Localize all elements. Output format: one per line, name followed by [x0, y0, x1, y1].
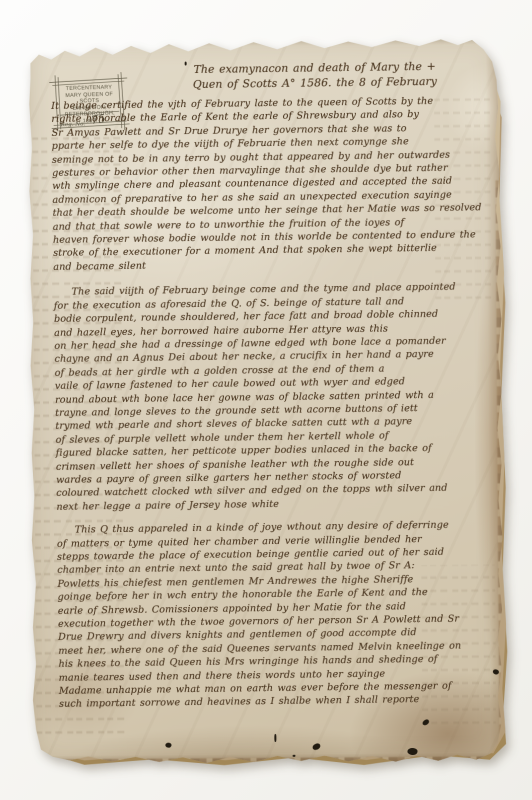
- manuscript-paragraph: The said viijth of February beinge come …: [54, 280, 493, 514]
- manuscript-body: It beinge certified the vjth of February…: [51, 94, 495, 712]
- ink-blot: [422, 719, 430, 727]
- ink-blot: [185, 62, 187, 66]
- manuscript-page: TERCENTENARYMARY QUEEN OF SCOTSEXHIBITIO…: [26, 35, 504, 765]
- manuscript-paragraph: This Q thus appareled in a kinde of joye…: [57, 518, 495, 711]
- sheet-stack: TERCENTENARYMARY QUEEN OF SCOTSEXHIBITIO…: [0, 0, 532, 800]
- torn-bottom-edge: [46, 756, 491, 765]
- ink-blot: [165, 742, 172, 749]
- ink-blot: [407, 747, 418, 756]
- ink-blot: [274, 734, 276, 742]
- manuscript-text: The examynacon and death of Mary the +Qu…: [51, 58, 495, 712]
- manuscript-photo: TERCENTENARYMARY QUEEN OF SCOTSEXHIBITIO…: [0, 0, 532, 800]
- manuscript-title: The examynacon and death of Mary the +Qu…: [97, 58, 532, 94]
- ink-blot: [312, 743, 321, 751]
- manuscript-paragraph: It beinge certified the vjth of February…: [51, 94, 489, 274]
- ink-blot: [292, 755, 295, 757]
